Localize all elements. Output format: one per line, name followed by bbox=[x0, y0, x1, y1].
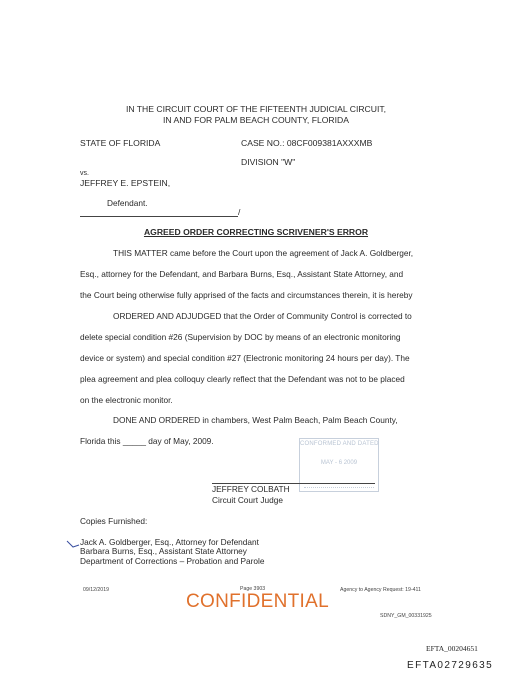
defendant-name: JEFFREY E. EPSTEIN, bbox=[80, 178, 170, 188]
judge-title: Circuit Court Judge bbox=[212, 495, 283, 505]
caption-divider bbox=[80, 216, 238, 217]
stamp-title: CONFORMED AND DATED bbox=[300, 441, 378, 447]
confidential-label: CONFIDENTIAL bbox=[186, 591, 329, 613]
body-line: DONE AND ORDERED in chambers, West Palm … bbox=[113, 415, 398, 425]
efta-number-1: EFTA_00204651 bbox=[426, 644, 478, 653]
case-number: CASE NO.: 08CF009381AXXXMB bbox=[241, 138, 372, 148]
body-line: the Court being otherwise fully apprised… bbox=[80, 290, 413, 300]
versus: vs. bbox=[80, 170, 89, 177]
body-line: delete special condition #26 (Supervisio… bbox=[80, 332, 401, 342]
stamp-date: MAY - 6 2009 bbox=[300, 460, 378, 466]
document-title: AGREED ORDER CORRECTING SCRIVENER'S ERRO… bbox=[0, 227, 512, 237]
judge-name: JEFFREY COLBATH bbox=[212, 484, 290, 494]
body-line: plea agreement and plea colloquy clearly… bbox=[80, 374, 405, 384]
plaintiff: STATE OF FLORIDA bbox=[80, 138, 160, 148]
caption-slash: / bbox=[238, 207, 240, 217]
checkmark-icon bbox=[66, 540, 80, 550]
division: DIVISION "W" bbox=[241, 157, 295, 167]
efta-number-2: EFTA02729635 bbox=[407, 660, 493, 671]
body-line: on the electronic monitor. bbox=[80, 395, 173, 405]
body-line: Florida this _____ day of May, 2009. bbox=[80, 436, 214, 446]
body-line: device or system) and special condition … bbox=[80, 353, 410, 363]
agency-request: Agency to Agency Request: 19-411 bbox=[340, 587, 421, 593]
footer-date: 09/12/2019 bbox=[83, 587, 109, 593]
court-header-line-2: IN AND FOR PALM BEACH COUNTY, FLORIDA bbox=[0, 115, 512, 125]
sdny-bates: SDNY_GM_00331925 bbox=[380, 613, 432, 619]
copy-recipient: Department of Corrections – Probation an… bbox=[80, 556, 264, 566]
body-line: Esq., attorney for the Defendant, and Ba… bbox=[80, 269, 403, 279]
body-line: ORDERED AND ADJUDGED that the Order of C… bbox=[113, 311, 412, 321]
body-line: THIS MATTER came before the Court upon t… bbox=[113, 248, 413, 258]
copy-recipient: Barbara Burns, Esq., Assistant State Att… bbox=[80, 546, 247, 556]
defendant-label: Defendant. bbox=[107, 198, 148, 208]
copies-label: Copies Furnished: bbox=[80, 516, 147, 526]
court-header-line-1: IN THE CIRCUIT COURT OF THE FIFTEENTH JU… bbox=[0, 104, 512, 114]
stamp-rule bbox=[304, 487, 374, 488]
